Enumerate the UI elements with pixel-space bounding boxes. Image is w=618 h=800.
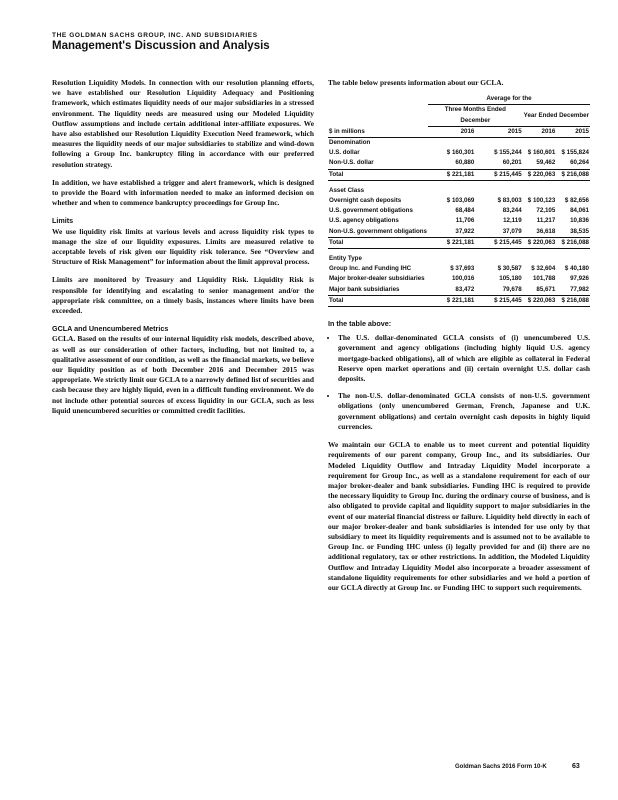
paragraph-gcla: GCLA. Based on the results of our intern…	[52, 334, 314, 416]
section-title: Asset Class	[328, 186, 590, 196]
table-row: U.S. government obligations68,48483,2447…	[328, 206, 590, 216]
section-title: Management's Discussion and Analysis	[52, 40, 572, 52]
table-row: U.S. dollar$ 160,301$ 155,244$ 160,601$ …	[328, 148, 590, 158]
year-header: 2015	[475, 126, 522, 137]
col-group-year: Year Ended December	[523, 105, 590, 126]
table-row: Non-U.S. dollar60,88060,20159,46260,264	[328, 158, 590, 169]
paragraph-trigger-framework: In addition, we have established a trigg…	[52, 178, 314, 209]
total-row: Total$ 221,181$ 215,445$ 220,063$ 216,08…	[328, 295, 590, 306]
col-group-three-months: Three Months Ended December	[428, 105, 523, 126]
year-header: 2015	[556, 126, 590, 137]
footer-text: Goldman Sachs 2016 Form 10-K	[455, 764, 547, 770]
bullet-list: The U.S. dollar-denominated GCLA consist…	[328, 333, 590, 432]
total-row: Total$ 221,181$ 215,445$ 220,063$ 216,08…	[328, 169, 590, 180]
paragraph-resolution-models: Resolution Liquidity Models. In connecti…	[52, 78, 314, 170]
total-row: Total$ 221,181$ 215,445$ 220,063$ 216,08…	[328, 237, 590, 248]
right-column: The table below presents information abo…	[328, 78, 590, 601]
page-number: 63	[572, 763, 580, 770]
paragraph-limits-monitoring: Limits are monitored by Treasury and Liq…	[52, 275, 314, 316]
gcla-table: Average for the Three Months Ended Decem…	[328, 94, 590, 307]
section-title: Denomination	[328, 138, 590, 149]
page-header: The Goldman Sachs Group, Inc. and Subsid…	[52, 32, 572, 52]
group-header: Average for the	[428, 94, 590, 105]
lead-in: Resolution Liquidity Models.	[52, 78, 146, 87]
year-header: 2016	[523, 126, 557, 137]
list-item: The U.S. dollar-denominated GCLA consist…	[338, 333, 590, 384]
list-item: The non-U.S. dollar-denominated GCLA con…	[338, 391, 590, 432]
table-row: Non-U.S. government obligations37,92237,…	[328, 227, 590, 238]
paragraph-gcla-maintenance: We maintain our GCLA to enable us to mee…	[328, 440, 590, 593]
left-column: Resolution Liquidity Models. In connecti…	[52, 78, 314, 424]
table-row: Major broker-dealer subsidiaries100,0161…	[328, 274, 590, 284]
table-row: Major bank subsidiaries83,47279,67885,67…	[328, 285, 590, 296]
table-row: Overnight cash deposits$ 103,069$ 83,003…	[328, 196, 590, 206]
heading-gcla: GCLA and Unencumbered Metrics	[52, 324, 314, 334]
company-name: The Goldman Sachs Group, Inc. and Subsid…	[52, 32, 572, 39]
table-row: U.S. agency obligations11,70612,11911,21…	[328, 216, 590, 226]
unit-label: $ in millions	[328, 126, 428, 137]
table-row: Group Inc. and Funding IHC$ 37,693$ 30,5…	[328, 264, 590, 274]
year-header: 2016	[428, 126, 475, 137]
heading-limits: Limits	[52, 216, 314, 226]
heading-in-the-table: In the table above:	[328, 319, 590, 329]
table-intro: The table below presents information abo…	[328, 78, 590, 88]
lead-in: GCLA.	[52, 334, 75, 343]
paragraph-limits: We use liquidity risk limits at various …	[52, 227, 314, 268]
section-title: Entity Type	[328, 254, 590, 264]
